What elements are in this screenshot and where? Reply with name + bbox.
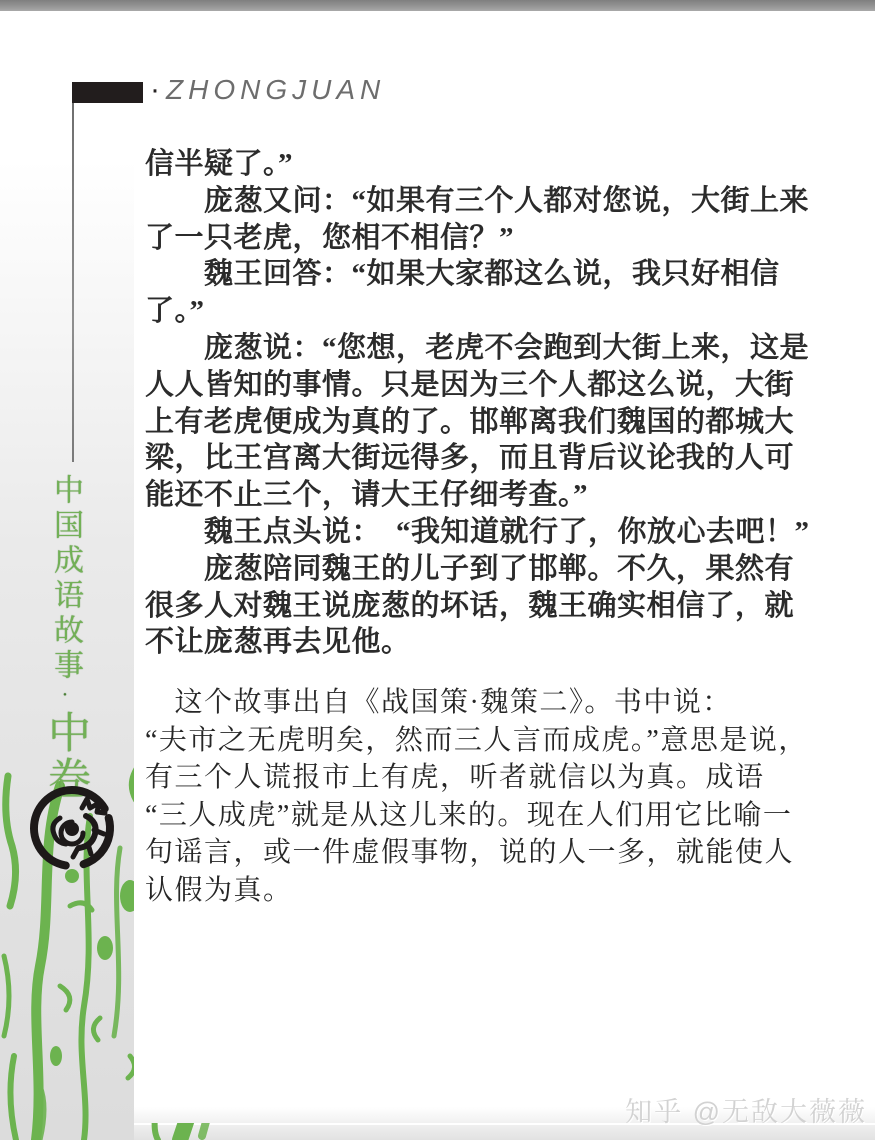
commentary-line: 这个故事出自《战国策·魏策二》。书中说： (145, 684, 857, 722)
story-line: 不让庞葱再去见他。 (145, 624, 857, 661)
story-line: 魏王点头说： “我知道就行了，你放心去吧！” (145, 514, 857, 551)
running-title-text: ZHONGJUAN (166, 74, 385, 105)
margin-vertical-rule (72, 103, 74, 462)
story-line: 人人皆知的事情。只是因为三个人都这么说，大街 (145, 367, 857, 404)
series-vertical-title: 中国成语故事·中卷 (44, 474, 87, 802)
commentary-line: “夫市之无虎明矣，然而三人言而成虎。”意思是说， (145, 722, 857, 760)
commentary-line: 句谣言，或一件虚假事物，说的人一多，就能使人 (145, 834, 857, 872)
dragon-seal-icon (26, 782, 118, 874)
running-title: ·ZHONGJUAN (150, 73, 385, 107)
zhihu-watermark: 知乎 @无敌大薇薇 (625, 1090, 867, 1129)
story-line: 梁，比王宫离大街远得多，而且背后议论我的人可 (145, 440, 857, 477)
series-separator: · (54, 684, 76, 710)
story-line: 上有老虎便成为真的了。邯郸离我们魏国的都城大 (145, 404, 857, 441)
story-line: 庞葱说：“您想，老虎不会跑到大街上来，这是 (145, 330, 857, 367)
story-line: 能还不止三个，请大王仔细考查。” (145, 477, 857, 514)
commentary-line: “三人成虎”就是从这儿来的。现在人们用它比喻一 (145, 797, 857, 835)
series-name: 中国成语故事 (49, 474, 82, 684)
story-line: 了一只老虎，您相不相信？” (145, 220, 857, 257)
story-line: 很多人对魏王说庞葱的坏话，魏王确实相信了，就 (145, 588, 857, 625)
story-line: 庞葱陪同魏王的儿子到了邯郸。不久，果然有 (145, 551, 857, 588)
story-line: 了。” (145, 293, 857, 330)
commentary-text: 这个故事出自《战国策·魏策二》。书中说： “夫市之无虎明矣，然而三人言而成虎。”… (145, 684, 857, 909)
story-text: 信半疑了。” 庞葱又问：“如果有三个人都对您说，大街上来 了一只老虎，您相不相信… (145, 146, 857, 661)
book-page: { "header": { "bullet": "·", "title": "Z… (0, 0, 875, 1140)
header-black-block (72, 82, 143, 103)
commentary-line: 有三个人谎报市上有虎，听者就信以为真。成语 (145, 759, 857, 797)
top-gray-bar (0, 0, 875, 11)
commentary-line: 认假为真。 (145, 872, 857, 910)
story-line: 庞葱又问：“如果有三个人都对您说，大街上来 (145, 183, 857, 220)
story-line: 信半疑了。” (145, 146, 857, 183)
running-title-bullet: · (150, 73, 160, 106)
story-line: 魏王回答：“如果大家都这么说，我只好相信 (145, 256, 857, 293)
